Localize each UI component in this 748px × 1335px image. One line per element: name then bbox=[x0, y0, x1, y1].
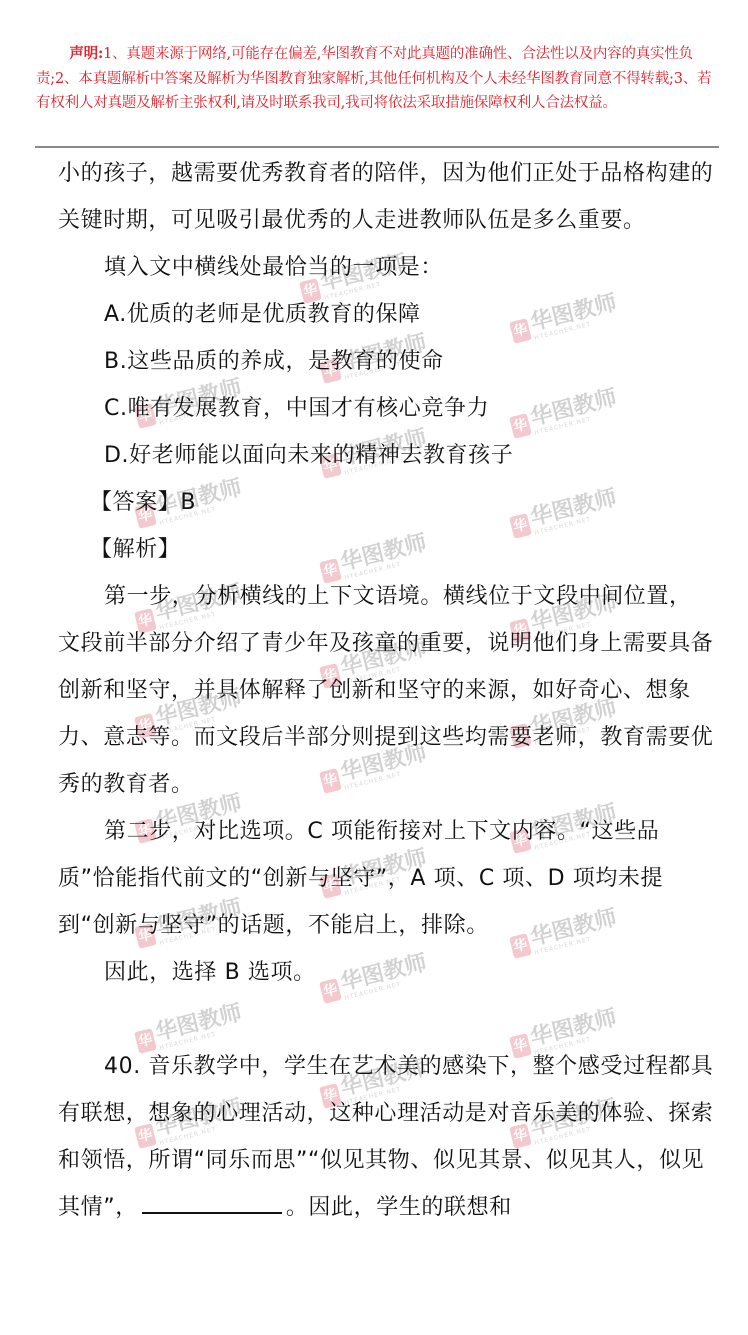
answer-line: 【答案】B bbox=[58, 479, 714, 526]
option-b: B.这些品质的养成，是教育的使命 bbox=[58, 338, 714, 385]
analysis-tag: 【解析】 bbox=[58, 526, 714, 573]
header-separator bbox=[35, 146, 719, 148]
analysis-conclusion: 因此，选择 B 选项。 bbox=[58, 949, 714, 996]
answer-value: B bbox=[180, 490, 196, 515]
spacer bbox=[58, 996, 714, 1043]
analysis-step-1: 第一步，分析横线的上下文语境。横线位于文段中间位置，文段前半部分介绍了青少年及孩… bbox=[58, 573, 714, 808]
answer-tag: 【答案】 bbox=[90, 490, 180, 515]
document-body: 小的孩子，越需要优秀教育者的陪伴，因为他们正处于品格构建的关键时期，可见吸引最优… bbox=[58, 150, 714, 1231]
question-prompt: 填入文中横线处最恰当的一项是： bbox=[58, 244, 714, 291]
option-d: D.好老师能以面向未来的精神去教育孩子 bbox=[58, 432, 714, 479]
question-40: 40. 音乐教学中，学生在艺术美的感染下，整个感受过程都具有联想，想象的心理活动… bbox=[58, 1043, 714, 1231]
disclaimer: 声明:1、真题来源于网络,可能存在偏差,华图教育不对此真题的准确性、合法性以及内… bbox=[36, 42, 718, 116]
disclaimer-lead: 声明: bbox=[69, 45, 103, 62]
passage-tail: 小的孩子，越需要优秀教育者的陪伴，因为他们正处于品格构建的关键时期，可见吸引最优… bbox=[58, 150, 714, 244]
option-c: C.唯有发展教育，中国才有核心竞争力 bbox=[58, 385, 714, 432]
fill-in-blank bbox=[142, 1194, 282, 1214]
analysis-step-2: 第二步，对比选项。C 项能衔接对上下文内容。“这些品质”恰能指代前文的“创新与坚… bbox=[58, 808, 714, 949]
disclaimer-text: 1、真题来源于网络,可能存在偏差,华图教育不对此真题的准确性、合法性以及内容的真… bbox=[36, 46, 711, 111]
option-a: A.优质的老师是优质教育的保障 bbox=[58, 291, 714, 338]
